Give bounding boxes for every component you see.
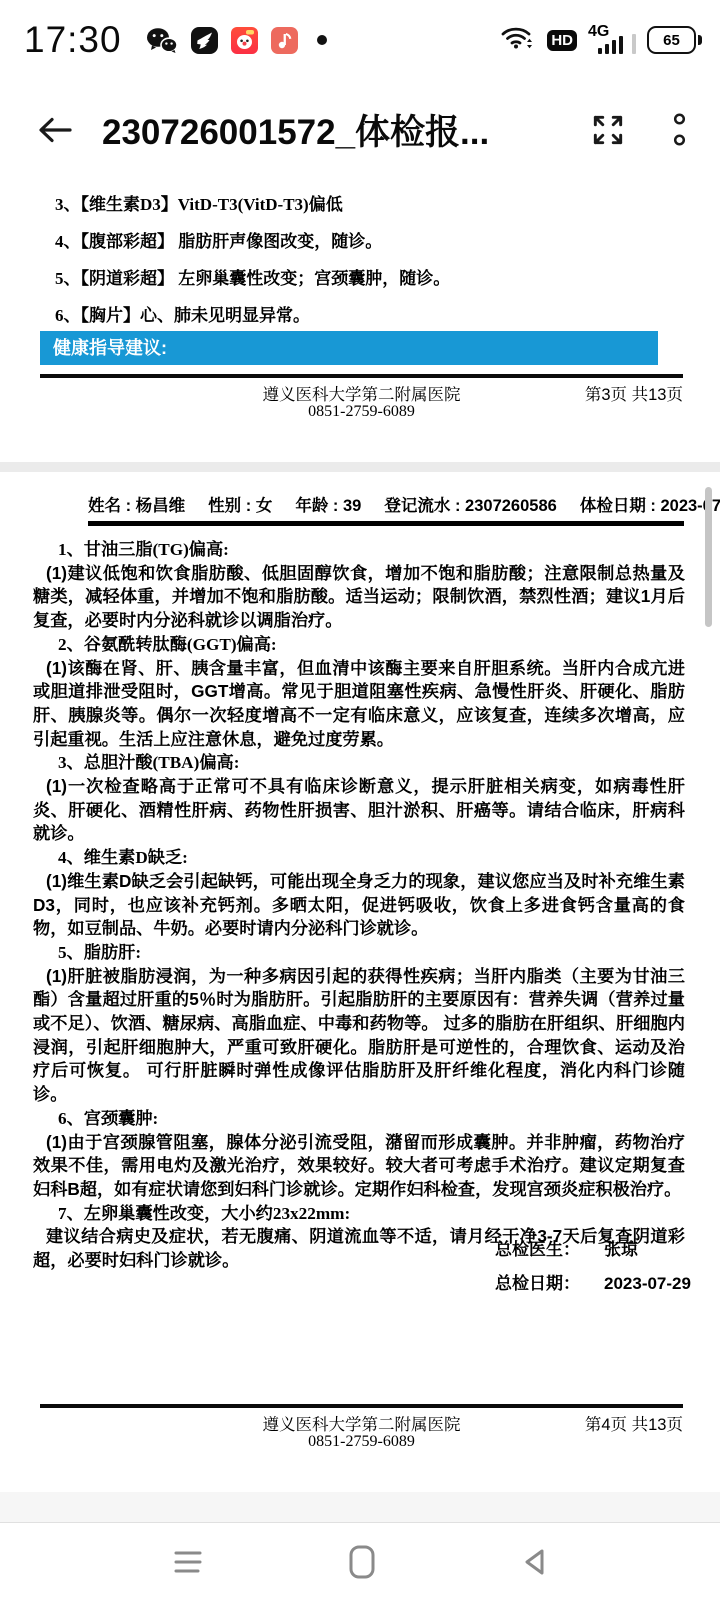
recents-menu-button[interactable] <box>173 1548 203 1576</box>
home-button[interactable] <box>349 1545 375 1579</box>
finding-item: 5、【阴道彩超】 左卵巢囊性改变；宫颈囊肿，随诊。 <box>55 260 720 297</box>
advice-sections: 1、甘油三脂(TG)偏高: (1)建议低饱和饮食脂肪酸、低胆固醇饮食，增加不饱和… <box>33 538 685 1273</box>
section-title: 5、脂肪肝: <box>33 941 685 965</box>
page3-footer: 遵义医科大学第二附属医院 第3页 共13页 0851-2759-6089 <box>40 374 683 421</box>
patient-divider <box>88 521 684 526</box>
signal-strength-icon: 4G <box>588 24 636 56</box>
battery-level: 65 <box>663 32 680 49</box>
section-title: 3、总胆汁酸(TBA)偏高: <box>33 751 685 775</box>
pdf-page-4: 姓名 : 杨昌维 性别 : 女 年龄 : 39 登记流水 : 230726058… <box>0 472 720 1492</box>
footer-divider <box>40 374 683 378</box>
summary-date: 2023-07-29 <box>604 1274 691 1294</box>
menu-icon <box>173 1548 203 1576</box>
patient-name: 姓名 : 杨昌维 <box>88 492 185 516</box>
document-title: 230726001572_体检报... <box>102 105 589 155</box>
notification-icons <box>146 27 327 54</box>
fullscreen-icon <box>589 111 627 149</box>
footer-divider <box>40 1404 683 1408</box>
section-body: (1)肝脏被脂肪浸润，为一种多病因引起的获得性疾病；当肝内脂类（主要为甘油三酯）… <box>33 965 685 1107</box>
summary-date-label: 总检日期： <box>495 1274 580 1294</box>
findings-list: 3、【维生素D3】VitD-T3(VitD-T3)偏低 4、【腹部彩超】 脂肪肝… <box>0 176 720 334</box>
more-options-icon <box>673 112 686 148</box>
patient-gender: 性别 : 女 <box>208 492 272 516</box>
back-triangle-icon <box>521 1547 547 1577</box>
advice-header-bar: 健康指导建议: <box>40 331 658 365</box>
patient-info-row: 姓名 : 杨昌维 性别 : 女 年龄 : 39 登记流水 : 230726058… <box>88 492 720 516</box>
battery-icon: 65 <box>647 26 696 54</box>
patient-serial: 登记流水 : 2307260586 <box>384 492 556 516</box>
section-body: (1)维生素D缺乏会引起缺钙，可能出现全身乏力的现象，建议您应当及时补充维生素D… <box>33 870 685 941</box>
scrollbar[interactable] <box>705 487 712 627</box>
pinduoduo-icon <box>231 27 258 54</box>
finding-item: 3、【维生素D3】VitD-T3(VitD-T3)偏低 <box>55 186 720 223</box>
page-number: 第4页 共13页 <box>585 1411 683 1435</box>
chief-doctor-name: 张琼 <box>604 1240 638 1260</box>
back-arrow-icon <box>34 113 74 147</box>
section-title: 2、谷氨酰转肽酶(GGT)偏高: <box>33 633 685 657</box>
music-player-icon <box>271 27 298 54</box>
fullscreen-button[interactable] <box>589 111 627 149</box>
hd-icon: HD <box>547 30 577 51</box>
patient-age: 年龄 : 39 <box>295 492 361 516</box>
wifi-icon <box>500 25 536 56</box>
section-title: 6、宫颈囊肿: <box>33 1107 685 1131</box>
page4-footer: 遵义医科大学第二附属医院 第4页 共13页 0851-2759-6089 <box>40 1404 683 1451</box>
status-bar: 17:30 <box>0 0 720 80</box>
signal-bars-icon <box>598 36 623 54</box>
section-body: (1)该酶在肾、肝、胰含量丰富，但血清中该酶主要来自肝胆系统。当肝内合成亢进或胆… <box>33 657 685 752</box>
notification-dot-icon <box>317 35 327 45</box>
back-button[interactable] <box>34 113 74 147</box>
finding-item: 4、【腹部彩超】 脂肪肝声像图改变，随诊。 <box>55 223 720 260</box>
finding-item: 6、【胸片】心、肺未见明显异常。 <box>55 297 720 334</box>
dingtalk-icon <box>191 27 218 54</box>
content-bottom-strip <box>0 1492 720 1523</box>
chief-doctor-label: 总检医生： <box>495 1240 580 1260</box>
back-nav-button[interactable] <box>521 1547 547 1577</box>
page-separator <box>0 462 720 472</box>
section-title: 7、左卵巢囊性改变，大小约23x22mm: <box>33 1202 685 1226</box>
section-body: (1)一次检查略高于正常可不具有临床诊断意义，提示肝脏相关病变，如病毒性肝炎、肝… <box>33 775 685 846</box>
section-title: 4、维生素D缺乏: <box>33 846 685 870</box>
wechat-icon <box>146 27 178 54</box>
exam-date: 体检日期 : 2023-07-26 <box>580 492 720 516</box>
pdf-page-3: 3、【维生素D3】VitD-T3(VitD-T3)偏低 4、【腹部彩超】 脂肪肝… <box>0 176 720 462</box>
app-title-bar: 230726001572_体检报... <box>0 84 720 176</box>
section-body: (1)由于宫颈腺管阻塞，腺体分泌引流受阻，潴留而形成囊肿。并非肿瘤，药物治疗效果… <box>33 1131 685 1202</box>
clock-label: 17:30 <box>24 19 122 61</box>
hospital-phone: 0851-2759-6089 <box>40 1433 683 1451</box>
section-title: 1、甘油三脂(TG)偏高: <box>33 538 685 562</box>
exam-summary: 总检医生： 张琼 总检日期： 2023-07-29 <box>495 1240 691 1308</box>
hospital-phone: 0851-2759-6089 <box>40 403 683 421</box>
more-options-button[interactable] <box>673 112 686 148</box>
page-number: 第3页 共13页 <box>585 381 683 405</box>
system-status-icons: HD 4G 65 <box>500 24 696 56</box>
sim2-signal-icon <box>632 34 636 54</box>
section-body: (1)建议低饱和饮食脂肪酸、低胆固醇饮食，增加不饱和脂肪酸；注意限制总热量及糖类… <box>33 562 685 633</box>
home-icon <box>349 1545 375 1579</box>
system-navigation-bar <box>0 1524 720 1600</box>
